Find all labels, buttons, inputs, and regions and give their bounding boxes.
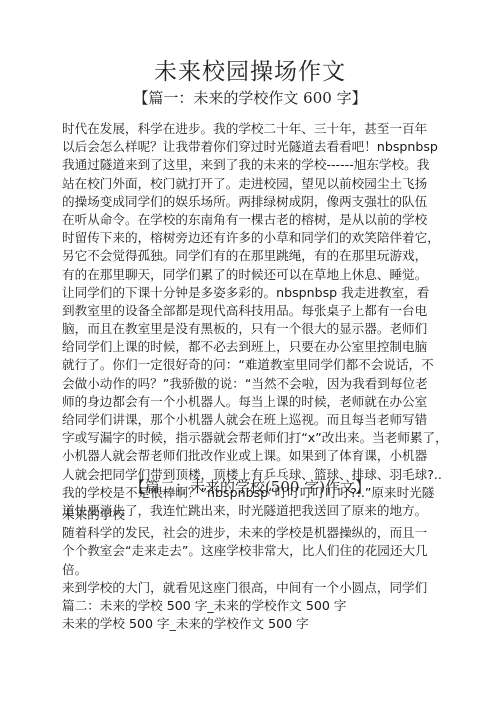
part1-body: 时代在发展，科学在进步。我的学校二十年、三十年，甚至一百年 以后会怎么样呢？让我… (62, 120, 482, 520)
paragraph-line: 师的身边都会有一个小机器人。每当上课的时候，老师就在办公室 (62, 393, 482, 411)
paragraph-line: 就行了。你们一定很好奇的问：“难道教室里同学们都不会说话，不 (62, 356, 482, 374)
paragraph-line: 篇二：未来的学校 500 字_未来的学校作文 500 字 (62, 597, 482, 615)
paragraph-line: 脑，而且在教室里是没有黑板的，只有一个很大的显示器。老师们 (62, 320, 482, 338)
paragraph-line: 让同学们的下课十分钟是多姿多彩的。nbspnbsp 我走进教室，看 (62, 284, 482, 302)
paragraph-line: 在听从命令。在学校的东南角有一棵古老的榕树，是从以前的学校 (62, 211, 482, 229)
paragraph-line: 站在校门外面，校门就打开了。走进校园，望见以前校园尘土飞扬 (62, 175, 482, 193)
paragraph-line: 字或写漏字的时候，指示器就会帮老师们打“x”改出来。当老师累了， (62, 429, 482, 447)
paragraph-line: 给同学们讲课，那个小机器人就会在班上巡视。而且每当老师写错 (62, 411, 482, 429)
paragraph-line: 另它不会觉得孤独。同学们有的在那里跳绳，有的在那里玩游戏， (62, 247, 482, 265)
paragraph-line: 以后会怎么样呢？让我带着你们穿过时光隧道去看看吧！nbspnbsp (62, 138, 482, 156)
paragraph-line: 小机器人就会帮老师们批改作业或上课。如果到了体育课，小机器 (62, 447, 482, 465)
paragraph-line: 会做小动作的吗？”我骄傲的说：“当然不会啦，因为我看到每位老 (62, 375, 482, 393)
document-page: 未来校园操场作文 【篇一：未来的学校作文 600 字】 时代在发展，科学在进步。… (0, 0, 500, 707)
paragraph-line: 时留传下来的，榕树旁边还有许多的小草和同学们的欢笑陪伴着它， (62, 229, 482, 247)
paragraph-line: 我通过隧道来到了这里，来到了我的未来的学校------旭东学校。我 (62, 156, 482, 174)
paragraph-line: 倍。 (62, 561, 482, 579)
paragraph-line: 个个教室会“走来走去”。这座学校非常大，比人们住的花园还大几 (62, 542, 482, 560)
paragraph-line: 有的在那里聊天，同学们累了的时候还可以在草地上休息、睡觉。 (62, 266, 482, 284)
paragraph-line: 时代在发展，科学在进步。我的学校二十年、三十年，甚至一百年 (62, 120, 482, 138)
paragraph-line: 来到学校的大门，就看见这座门很高，中间有一个小圆点，同学们 (62, 579, 482, 597)
paragraph-line: 随着科学的发民，社会的进步，未来的学校是机器操纵的，而且一 (62, 524, 482, 542)
paragraph-line: 到教室里的设备全部都是现代高科技用品。每张桌子上都有一台电 (62, 302, 482, 320)
paragraph-line: 给同学们上课的时候，都不必去到班上，只要在办公室里控制电脑 (62, 338, 482, 356)
document-title: 未来校园操场作文 (0, 58, 500, 86)
paragraph-line: 的操场变成同学们的娱乐场所。两排绿树成阴，像两支强壮的队伍 (62, 193, 482, 211)
part2-body: 未来的学校 随着科学的发民，社会的进步，未来的学校是机器操纵的，而且一 个个教室… (62, 506, 482, 633)
paragraph-line: 未来的学校 500 字_未来的学校作文 500 字 (62, 615, 482, 633)
part2-heading: 【篇二：未来的学校(500 字)作文】 (0, 477, 500, 497)
paragraph-line: 未来的学校 (62, 506, 482, 524)
part1-heading: 【篇一：未来的学校作文 600 字】 (0, 88, 500, 108)
